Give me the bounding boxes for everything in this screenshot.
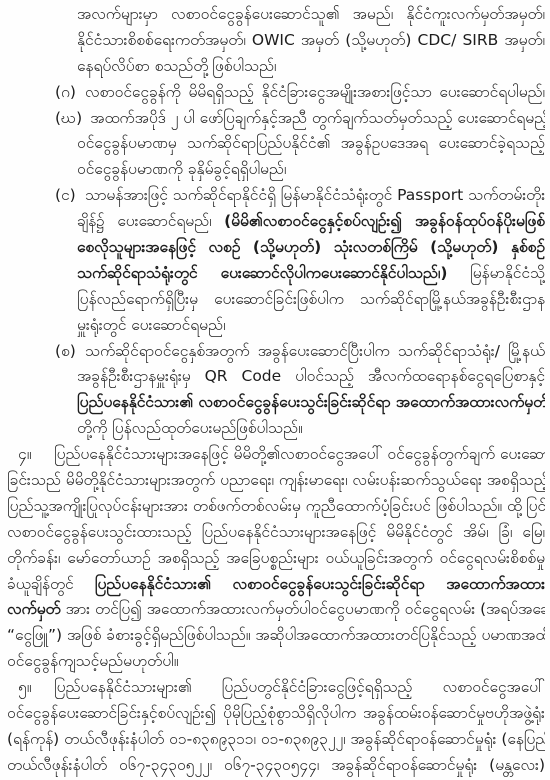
text-line: ဝင်ငွေခွန်ကျသင့်မည်မဟုတ်ပါ။ bbox=[7, 649, 545, 675]
text-run: နေရပ်လိပ်စာ စသည်တို့ဖြစ်ပါသည်၊ bbox=[77, 57, 276, 75]
text-line: ပြည်သူ့အကျိုးပြုလုပ်ငန်းများအား တစ်ဖက်တစ… bbox=[7, 494, 545, 520]
item-label: (ဃ) bbox=[55, 106, 82, 132]
text-line: စေလိုသူများအနေဖြင့် လစဉ် (သို့မဟုတ်) သုံ… bbox=[7, 235, 545, 261]
text-line: သက်ဆိုင်ရာသံရုံးတွင် ပေးဆောင်လိုပါကပေးဆေ… bbox=[7, 261, 545, 287]
text-run: ပြည်သူ့အကျိုးပြုလုပ်ငန်းများအား တစ်ဖက်တစ… bbox=[7, 497, 545, 515]
text-line: လစာဝင်ငွေခွန်ပေးသွင်းထားသည့် ပြည်ပနေနိုင… bbox=[7, 520, 545, 546]
text-line: ဝင်ငွေခွန်ပမာဏကို ခုနှိမ်ခွင့်ရရှိပါမည်၊ bbox=[7, 157, 545, 183]
text-run: လစာဝင်ငွေခွန်ပေးသွင်းထားသည့် ပြည်ပနေနိုင… bbox=[7, 523, 545, 541]
paragraph-start: ၅။ပြည်ပနေနိုင်ငံသားများ၏ ပြည်ပတွင်နိုင်င… bbox=[7, 675, 545, 701]
bold-text-run: ပြည်ပနေနိုင်ငံသား၏ လစာဝင်ငွေခွန်ပေးသွင်း… bbox=[77, 393, 545, 411]
text-line: လက်မှတ် အား တင်ပြ၍ အထောက်အထားလက်မှတ်ပါဝင… bbox=[7, 597, 545, 623]
text-run: တယ်လီဖုန်းနံပါတ် ၀၆၇-၃၄၃၀၅၂၂၊ ၀၆၇-၃၄၃၀၅၄… bbox=[7, 756, 545, 774]
text-run: ဝင်ငွေခွန်ပေးဆောင်ခြင်းနှင့်စပ်လျဉ်း၍ ပိ… bbox=[7, 704, 545, 722]
text-run: တိုက်ခန်း၊ မော်တော်ယာဉ် အစရှိသည့် အခြေပစ… bbox=[7, 549, 545, 567]
paragraph-number: ၅။ bbox=[18, 675, 42, 701]
text-run: အား တင်ပြ၍ အထောက်အထားလက်မှတ်ပါဝင်ငွေပမာဏ… bbox=[61, 600, 545, 618]
text-run: သာမန်အားဖြင့် သက်ဆိုင်ရာနိုင်ငံရှိ မြန်မ… bbox=[85, 186, 545, 204]
text-line: ဝင်ငွေခွန်ပေးဆောင်ခြင်းနှင့်စပ်လျဉ်း၍ ပိ… bbox=[7, 701, 545, 727]
text-run: ချိန်၌ ပေးဆောင်ရမည်၊ bbox=[77, 212, 224, 230]
bold-text-run: သက်ဆိုင်ရာသံရုံးတွင် ပေးဆောင်လိုပါကပေးဆေ… bbox=[77, 264, 447, 282]
text-run: တို့ကို ပြန်လည်ထုတ်ပေးမည်ဖြစ်ပါသည်။ bbox=[77, 419, 303, 437]
text-run: (ရန်ကုန်) တယ်လီဖုန်းနံပါတ် ၀၁-၈၃၈၉၃၁၁၊ ၀… bbox=[7, 730, 545, 748]
text-line: တိုက်ခန်း၊ မော်တော်ယာဉ် အစရှိသည့် အခြေပစ… bbox=[7, 546, 545, 572]
text-line: နေရပ်လိပ်စာ စသည်တို့ဖြစ်ပါသည်၊ bbox=[7, 54, 545, 80]
text-run: အလက်များမှာ လစာဝင်ငွေခွန်ပေးဆောင်သူ၏ အမည… bbox=[77, 5, 545, 23]
text-run: လစာဝင်ငွေခွန်ကို မိမိရရှိသည့် နိုင်ငံခြာ… bbox=[85, 83, 545, 101]
bold-text-run: စေလိုသူများအနေဖြင့် လစဉ် (သို့မဟုတ်) သုံ… bbox=[77, 238, 545, 256]
text-run: မြန်မာနိုင်ငံသို့ bbox=[447, 264, 545, 282]
list-item: (စ)သက်ဆိုင်ရာဝင်ငွေနှစ်အတွက် အခွန်ပေးဆော… bbox=[7, 339, 545, 365]
text-run: အထက်အပိုဒ် ၂ ပါ ဖော်ပြချက်နှင့်အညီ တွက်ခ… bbox=[90, 109, 545, 127]
document-page: အလက်များမှာ လစာဝင်ငွေခွန်ပေးဆောင်သူ၏ အမည… bbox=[0, 0, 550, 780]
text-run: မှူးရုံးတွင် ပေးဆောင်ရမည်၊ bbox=[77, 316, 225, 334]
text-line: ပြည်ပနေနိုင်ငံသား၏ လစာဝင်ငွေခွန်ပေးသွင်း… bbox=[7, 390, 545, 416]
item-label: (င) bbox=[55, 183, 77, 209]
text-run: ဝင်ငွေခွန်ပမာဏကို ခုနှိမ်ခွင့်ရရှိပါမည်၊ bbox=[77, 160, 286, 178]
text-line: တယ်လီဖုန်းနံပါတ် ၀၆၇-၃၄၃၀၅၂၂၊ ၀၆၇-၃၄၃၀၅၄… bbox=[7, 753, 545, 779]
text-run: ပြန်လည်ရောက်ရှိပြီးမှ ပေးဆောင်ခြင်းဖြစ်ပ… bbox=[77, 290, 545, 308]
text-line: မှူးရုံးတွင် ပေးဆောင်ရမည်၊ bbox=[7, 313, 545, 339]
text-line: ဝင်ငွေခွန်ပမာဏမှ သက်ဆိုင်ရာပြည်ပနိုင်ငံ၏… bbox=[7, 131, 545, 157]
text-line: တို့ကို ပြန်လည်ထုတ်ပေးမည်ဖြစ်ပါသည်။ bbox=[7, 416, 545, 442]
item-label: (စ) bbox=[55, 339, 77, 365]
list-item: (ဃ)အထက်အပိုဒ် ၂ ပါ ဖော်ပြချက်နှင့်အညီ တွ… bbox=[7, 106, 545, 132]
text-line: အလက်များမှာ လစာဝင်ငွေခွန်ပေးဆောင်သူ၏ အမည… bbox=[7, 2, 545, 28]
text-line: ပြန်လည်ရောက်ရှိပြီးမှ ပေးဆောင်ခြင်းဖြစ်ပ… bbox=[7, 287, 545, 313]
text-run: ပြည်ပနေနိုင်ငံသားများ၏ ပြည်ပတွင်နိုင်ငံခ… bbox=[54, 678, 545, 696]
text-line: (ရန်ကုန်) တယ်လီဖုန်းနံပါတ် ၀၁-၈၃၈၉၃၁၁၊ ၀… bbox=[7, 727, 545, 753]
text-line: အခွန်ဦးစီးဌာနမှူးရုံးမှ QR Code ပါဝင်သည့… bbox=[7, 364, 545, 390]
list-item: (ဂ)လစာဝင်ငွေခွန်ကို မိမိရရှိသည့် နိုင်ငံ… bbox=[7, 80, 545, 106]
text-line: ချိန်၌ ပေးဆောင်ရမည်၊ (မိမိ၏လစာဝင်ငွေနှင့… bbox=[7, 209, 545, 235]
paragraph-start: ၄။ပြည်ပနေနိုင်ငံသားများအနေဖြင့် မိမိတို့… bbox=[7, 442, 545, 468]
list-item: (င)သာမန်အားဖြင့် သက်ဆိုင်ရာနိုင်ငံရှိ မြ… bbox=[7, 183, 545, 209]
text-run: အခွန်ဦးစီးဌာနမှူးရုံးမှ QR Code ပါဝင်သည့… bbox=[77, 367, 545, 385]
paragraph-number: ၄။ bbox=[18, 442, 42, 468]
item-label: (ဂ) bbox=[55, 80, 77, 106]
text-line: နိုင်ငံသားစိစစ်ရေးကတ်အမှတ်၊ OWIC အမှတ် (… bbox=[7, 28, 545, 54]
text-run: ပြည်ပနေနိုင်ငံသားများအနေဖြင့် မိမိတို့၏လ… bbox=[54, 445, 545, 463]
text-run: ခံယူချိန်တွင် bbox=[7, 575, 95, 593]
text-line: “ငွေဖြူ”) အဖြစ် ခံစားခွင့်ရှိမည်ဖြစ်ပါသည… bbox=[7, 623, 545, 649]
bold-text-run: လက်မှတ် bbox=[7, 600, 61, 618]
text-run: ခြင်းသည် မိမိတို့နိုင်ငံသားများအတွက် ပညာ… bbox=[7, 471, 545, 489]
text-run: ဝင်ငွေခွန်ကျသင့်မည်မဟုတ်ပါ။ bbox=[7, 652, 178, 670]
bold-text-run: ပြည်ပနေနိုင်ငံသား၏ လစာဝင်ငွေခွန်ပေးသွင်း… bbox=[95, 575, 545, 593]
text-run: သက်ဆိုင်ရာဝင်ငွေနှစ်အတွက် အခွန်ပေးဆောင်ပ… bbox=[85, 342, 545, 360]
text-run: “ငွေဖြူ”) အဖြစ် ခံစားခွင့်ရှိမည်ဖြစ်ပါသည… bbox=[7, 626, 545, 644]
bold-text-run: (မိမိ၏လစာဝင်ငွေနှင့်စပ်လျဉ်း၍ အခွန်ဝန်ထု… bbox=[224, 212, 545, 230]
text-run: နိုင်ငံသားစိစစ်ရေးကတ်အမှတ်၊ OWIC အမှတ် (… bbox=[77, 31, 545, 49]
text-run: ဝင်ငွေခွန်ပမာဏမှ သက်ဆိုင်ရာပြည်ပနိုင်ငံ၏… bbox=[77, 134, 545, 152]
text-line: ခံယူချိန်တွင် ပြည်ပနေနိုင်ငံသား၏ လစာဝင်င… bbox=[7, 572, 545, 598]
text-line: ခြင်းသည် မိမိတို့နိုင်ငံသားများအတွက် ပညာ… bbox=[7, 468, 545, 494]
